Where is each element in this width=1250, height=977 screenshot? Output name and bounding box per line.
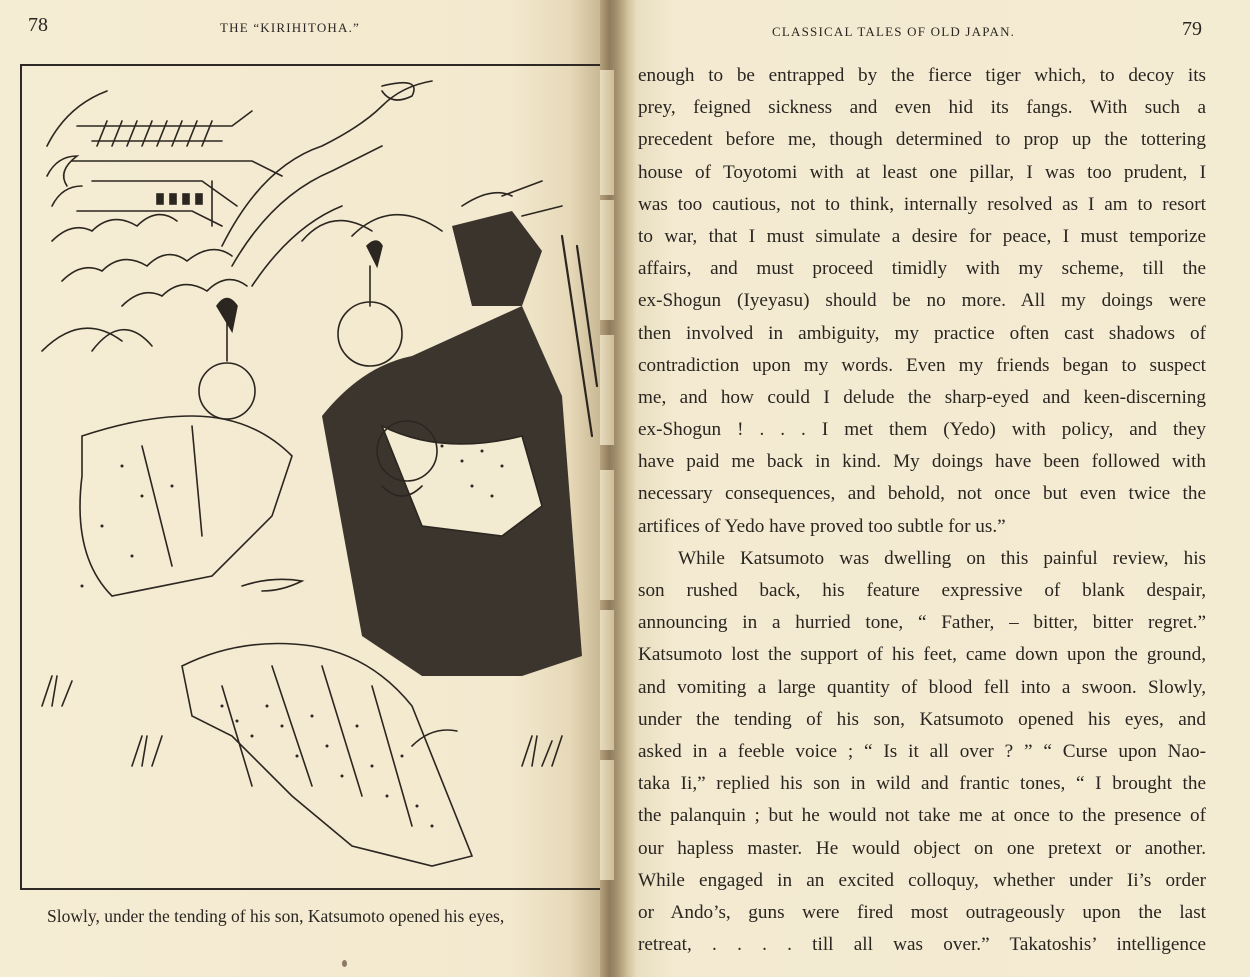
- text-line: prey, feigned sickness and even hid its …: [638, 92, 1206, 124]
- text-line: ex-Shogun (Iyeyasu) should be no more. A…: [638, 285, 1206, 317]
- text-line: precedent before me, though determined t…: [638, 124, 1206, 156]
- text-line: While engaged in an excited colloquy, wh…: [638, 865, 1206, 897]
- figure-caption: Slowly, under the tending of his son, Ka…: [47, 906, 504, 927]
- text-line: or Ando’s, guns were fired most outrageo…: [638, 897, 1206, 929]
- binding-strip: [600, 70, 615, 195]
- illustration-drawing-icon: [22, 66, 600, 890]
- text-line: enough to be entrapped by the fierce tig…: [638, 60, 1206, 92]
- text-line: have paid me back in kind. My doings hav…: [638, 446, 1206, 478]
- woodcut-illustration: [20, 64, 600, 890]
- binding-strip: [600, 335, 615, 445]
- text-line: was too cautious, not to think, internal…: [638, 189, 1206, 221]
- running-head-right: CLASSICAL TALES OF OLD JAPAN.: [772, 24, 1015, 40]
- text-line: to war, that I must simulate a desire fo…: [638, 221, 1206, 253]
- text-line: asked in a feeble voice ; “ Is it all ov…: [638, 736, 1206, 768]
- text-line: necessary consequences, and behold, not …: [638, 478, 1206, 510]
- binding-strip: [600, 470, 615, 600]
- text-line: artifices of Yedo have proved too subtle…: [638, 511, 1206, 543]
- page-number-right: 79: [1182, 18, 1202, 41]
- text-line: taka Ii,” replied his son in wild and fr…: [638, 768, 1206, 800]
- binding-strip: [600, 610, 615, 750]
- binding-strip: [600, 760, 615, 880]
- text-line: contradiction upon my words. Even my fri…: [638, 350, 1206, 382]
- binding-strip: [600, 200, 615, 320]
- text-line: house of Toyotomi with at least one pill…: [638, 157, 1206, 189]
- text-line: then involved in ambiguity, my practice …: [638, 318, 1206, 350]
- paper-stain: [342, 960, 347, 967]
- book-spread: 78 THE “KIRIHITOHA.”: [0, 0, 1250, 977]
- text-line: under the tending of his son, Katsumoto …: [638, 704, 1206, 736]
- book-gutter: [600, 0, 638, 977]
- text-line: me, and how could I delude the sharp-eye…: [638, 382, 1206, 414]
- page-number-left: 78: [28, 14, 48, 37]
- text-line: announcing in a hurried tone, “ Father, …: [638, 607, 1206, 639]
- left-page: 78 THE “KIRIHITOHA.”: [0, 0, 600, 977]
- text-line: affairs, and must proceed timidly with m…: [638, 253, 1206, 285]
- paragraph-start-line: While Katsumoto was dwelling on this pai…: [638, 543, 1206, 575]
- text-line: the palanquin ; but he would not take me…: [638, 800, 1206, 832]
- body-text: enough to be entrapped by the fierce tig…: [638, 60, 1206, 961]
- text-line: son rushed back, his feature expressive …: [638, 575, 1206, 607]
- text-line: retreat, . . . . till all was over.” Tak…: [638, 929, 1206, 961]
- right-page: CLASSICAL TALES OF OLD JAPAN. 79 enough …: [638, 0, 1250, 977]
- running-head-left: THE “KIRIHITOHA.”: [220, 20, 360, 36]
- text-line: ex-Shogun ! . . . I met them (Yedo) with…: [638, 414, 1206, 446]
- text-line: our hapless master. He would object on o…: [638, 833, 1206, 865]
- text-line: and vomiting a large quantity of blood f…: [638, 672, 1206, 704]
- text-line: Katsumoto lost the support of his feet, …: [638, 639, 1206, 671]
